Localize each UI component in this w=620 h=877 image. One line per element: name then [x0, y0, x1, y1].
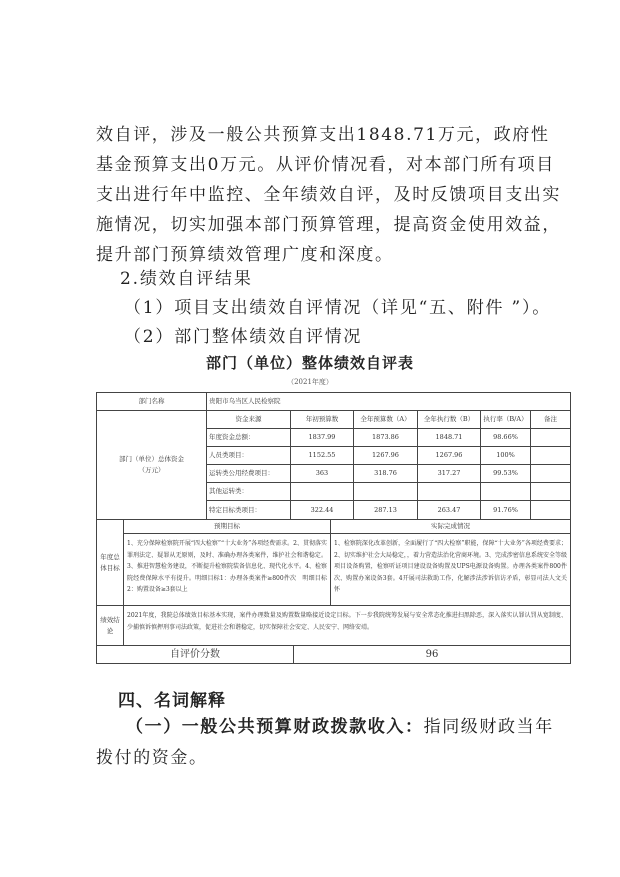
row-rate: 98.66% [480, 428, 531, 447]
row-rate: 100% [480, 446, 531, 465]
table-subtitle: （2021年度） [0, 377, 620, 387]
row-initial: 1837.99 [290, 428, 354, 447]
item-dept-self-eval: （2）部门整体绩效自评情况 [124, 322, 362, 347]
col-header-rate: 执行率（B/A） [480, 410, 531, 429]
expected-goal-header: 预期目标 [123, 519, 331, 534]
row-executed: 317.27 [417, 464, 481, 483]
row-executed: 1848.71 [417, 428, 481, 447]
dept-name-value: 贵阳市乌当区人民检察院 [206, 392, 571, 411]
row-annual [353, 482, 418, 501]
row-initial: 322.44 [290, 500, 354, 520]
col-header-annual: 全年预算数（A） [353, 410, 418, 429]
col-header-source: 资金来源 [206, 410, 291, 429]
row-source: 年度资金总额： [206, 428, 291, 447]
row-source: 特定目标类项目： [206, 500, 291, 520]
row-annual: 287.13 [353, 500, 418, 520]
row-annual: 1267.96 [353, 446, 418, 465]
annual-goal-label: 年度总体目标 [96, 519, 124, 606]
row-rate [480, 482, 531, 501]
performance-table: 部门名称 贵阳市乌当区人民检察院 部门（单位）总体资金（万元） 资金来源 年初预… [96, 392, 571, 664]
actual-completion-header: 实际完成情况 [330, 519, 571, 534]
col-header-initial: 年初预算数 [290, 410, 354, 429]
intro-paragraph: 效自评，涉及一般公共预算支出1848.71万元，政府性基金预算支出0万元。从评价… [96, 120, 566, 270]
row-rate: 99.53% [480, 464, 531, 483]
row-note [530, 464, 571, 483]
row-executed: 263.47 [417, 500, 481, 520]
expected-goal-text: 1、充分保障检察院开展“四大检察”“十大业务”各项经费需求。2、贯彻落实罪刑法定… [123, 533, 331, 606]
conclusion-label: 绩效结论 [96, 605, 124, 646]
dept-name-label: 部门名称 [96, 392, 207, 411]
row-annual: 1873.86 [353, 428, 418, 447]
definition-1: （一）一般公共预算财政拨款收入：指同级财政当年拨付的资金。 [96, 712, 566, 774]
score-label: 自评价分数 [96, 645, 294, 664]
row-note [530, 428, 571, 447]
row-source: 其他运转类： [206, 482, 291, 501]
item-project-self-eval: （1）项目支出绩效自评情况（详见“五、附件 ”）。 [124, 293, 551, 318]
row-initial [290, 482, 354, 501]
row-executed: 1267.96 [417, 446, 481, 465]
col-header-executed: 全年执行数（B） [417, 410, 481, 429]
actual-completion-text: 1、检察院深化改革创新，全面履行了“四大检察”职能，保障“十大业务”各项经费要求… [330, 533, 571, 606]
section-heading-glossary: 四、名词解释 [118, 686, 226, 711]
table-title: 部门（单位）整体绩效自评表 [0, 352, 620, 373]
score-value: 96 [293, 645, 571, 664]
row-note [530, 482, 571, 501]
col-header-note: 备注 [530, 410, 571, 429]
row-initial: 1152.55 [290, 446, 354, 465]
row-source: 人员类项目： [206, 446, 291, 465]
definition-term: （一）一般公共预算财政拨款收入： [126, 717, 424, 737]
row-source: 运转类公用经费项目： [206, 464, 291, 483]
conclusion-text: 2021年度，我院总体绩效目标基本实现，案件办理数量及购置数量略接近设定目标。下… [123, 605, 571, 646]
row-note [530, 500, 571, 520]
funds-label: 部门（单位）总体资金（万元） [96, 410, 207, 520]
section-heading-results: 2.绩效自评结果 [120, 264, 253, 289]
row-initial: 363 [290, 464, 354, 483]
row-executed [417, 482, 481, 501]
row-note [530, 446, 571, 465]
row-rate: 91.76% [480, 500, 531, 520]
row-annual: 318.76 [353, 464, 418, 483]
